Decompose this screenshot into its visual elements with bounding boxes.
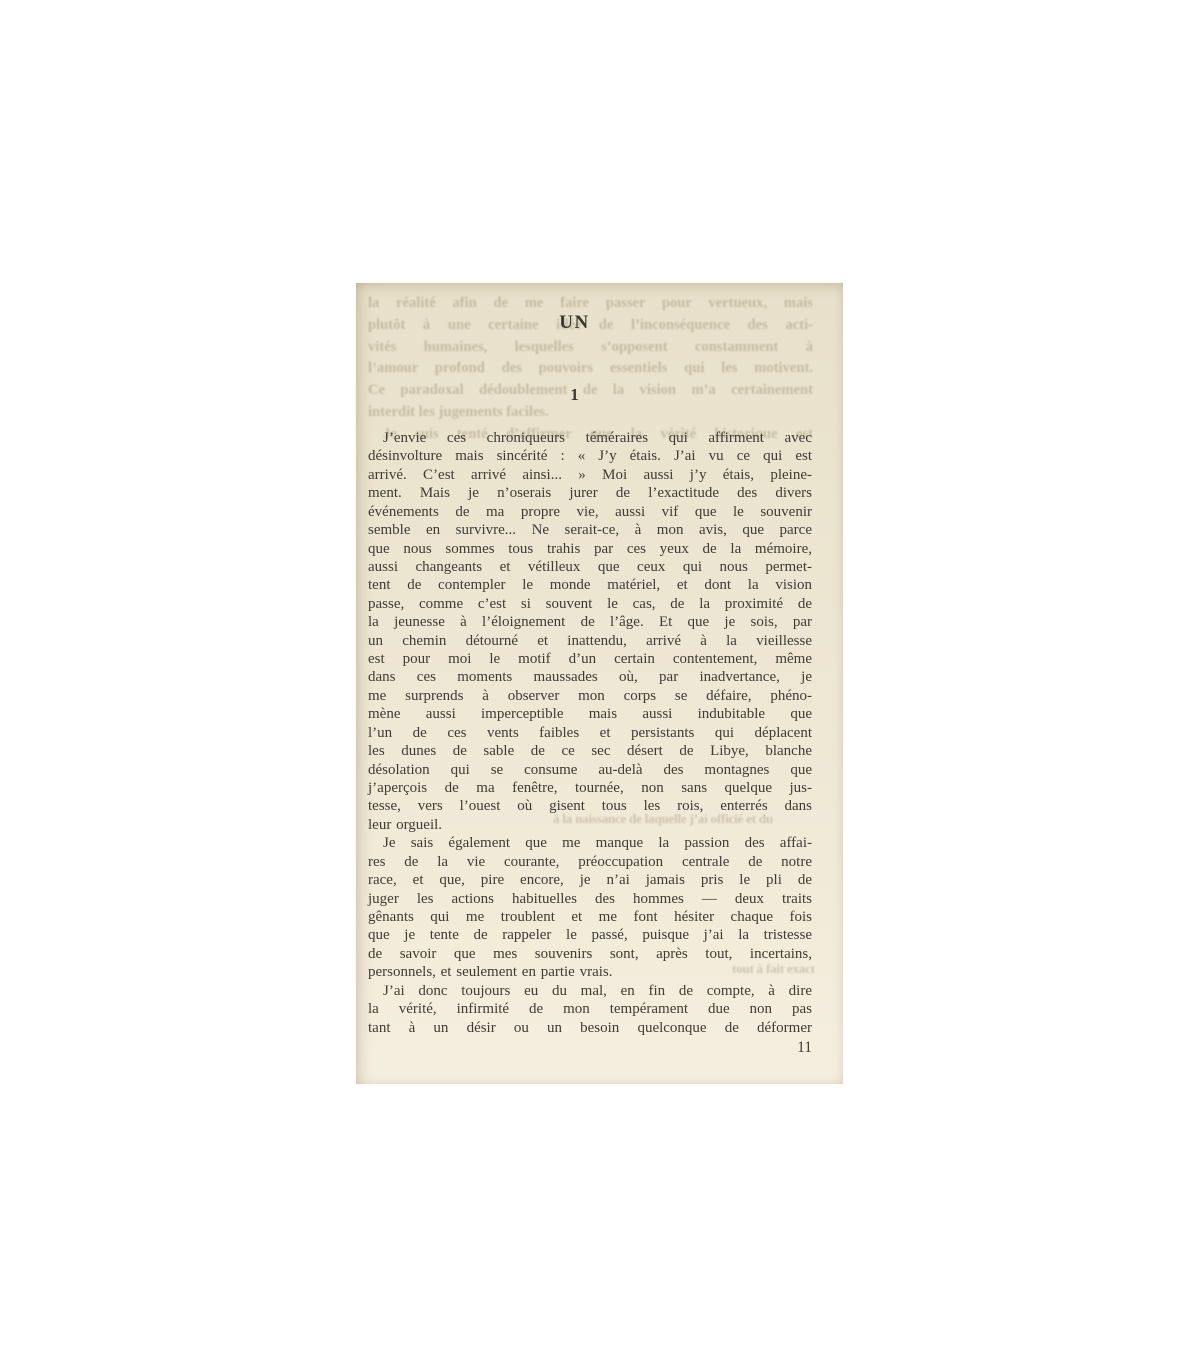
text-line: J’envie ces chroniqueurs téméraires qui …	[368, 429, 812, 447]
page-number: 11	[797, 1039, 812, 1057]
text-line: aussi changeants et vétilleux que ceux q…	[368, 558, 812, 576]
ghost-text-line: vités humaines, lesquelles s’opposent co…	[368, 337, 813, 359]
text-line: désinvolture mais sincérité : « J’y étai…	[368, 447, 812, 465]
text-line: événements de ma propre vie, aussi vif q…	[368, 503, 812, 521]
text-line: que nous sommes tous trahis par ces yeux…	[368, 540, 812, 558]
ghost-text-line: l’amour profond des pouvoirs essentiels …	[368, 358, 813, 380]
text-line: dans ces moments maussades où, par inadv…	[368, 668, 812, 686]
text-line: arrivé. C’est arrivé ainsi... » Moi auss…	[368, 466, 812, 484]
text-line: juger les actions habituelles des hommes…	[368, 890, 812, 908]
text-line: gênants qui me troublent et me font hési…	[368, 908, 812, 926]
text-line: race, et que, pire encore, je n’ai jamai…	[368, 871, 812, 889]
text-line: que je tente de rappeler le passé, puisq…	[368, 926, 812, 944]
text-line: semble en survivre... Ne serait-ce, à mo…	[368, 521, 812, 539]
text-line: mène aussi imperceptible mais aussi indu…	[368, 705, 812, 723]
chapter-heading: UN	[368, 312, 781, 334]
text-line: J’ai donc toujours eu du mal, en fin de …	[368, 982, 812, 1000]
ghost-fragment-2: tout à fait exact	[732, 961, 815, 977]
text-line: passe, comme c’est si souvent le cas, de…	[368, 595, 812, 613]
ghost-fragment-1: à la naissance de laquelle j’ai officié …	[553, 811, 773, 827]
text-line: la jeunesse à l’éloignement de l’âge. Et…	[368, 613, 812, 631]
book-page: la réalité afin de me faire passer pour …	[356, 283, 843, 1084]
text-line: est pour moi le motif d’un certain conte…	[368, 650, 812, 668]
text-line: la vérité, infirmité de mon tempérament …	[368, 1000, 812, 1018]
text-line: tant à un désir ou un besoin quelconque …	[368, 1019, 812, 1037]
text-line: ment. Mais je n’oserais jurer de l’exact…	[368, 484, 812, 502]
text-line: un chemin détourné et inattendu, arrivé …	[368, 632, 812, 650]
text-line: me surprends à observer mon corps se déf…	[368, 687, 812, 705]
text-line: l’un de ces vents faibles et persistants…	[368, 724, 812, 742]
scan-background: { "page": { "chapter_heading": "UN", "se…	[0, 0, 1200, 1372]
text-line: res de la vie courante, préoccupation ce…	[368, 853, 812, 871]
text-line: tent de contempler le monde matériel, et…	[368, 576, 812, 594]
text-line: désolation qui se consume au-delà des mo…	[368, 761, 812, 779]
text-line: j’aperçois de ma fenêtre, tournée, non s…	[368, 779, 812, 797]
text-line: Je sais également que me manque la passi…	[368, 834, 812, 852]
section-number: 1	[368, 385, 781, 405]
ghost-text-line: interdit les jugements faciles.	[368, 402, 813, 424]
body-text: J’envie ces chroniqueurs téméraires qui …	[368, 429, 812, 1037]
text-line: les dunes de sable de ce sec désert de L…	[368, 742, 812, 760]
